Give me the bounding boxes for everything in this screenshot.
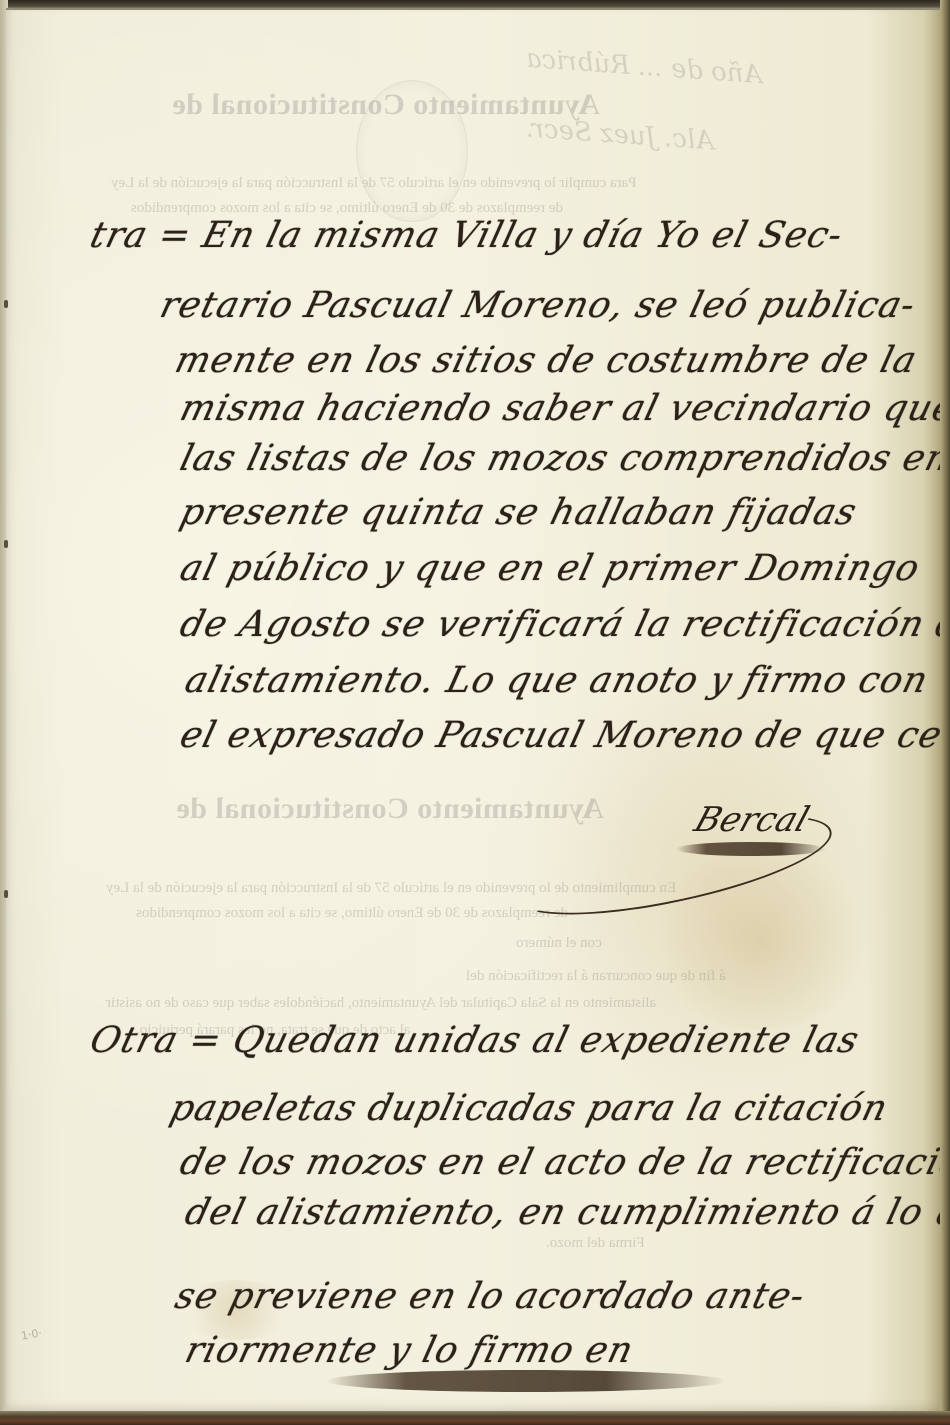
- handwritten-line: el expresado Pascual Moreno de que certi…: [176, 715, 950, 756]
- bleed-through-text: alistamiento en la Sala Capitular del Ay…: [106, 995, 656, 1012]
- margin-mark: [4, 890, 8, 898]
- signature-ink-stroke: [676, 842, 826, 856]
- handwritten-line: al público y que en el primer Domingo: [176, 548, 924, 589]
- margin-mark: [4, 540, 8, 548]
- handwritten-line: alistamiento. Lo que anoto y firmo con: [181, 660, 933, 701]
- handwritten-line: de los mozos en el acto de la rectificac…: [176, 1142, 950, 1183]
- bleed-through-text: con el número: [516, 935, 602, 952]
- handwritten-line: del alistamiento, en cumplimiento á lo q…: [181, 1192, 950, 1233]
- manuscript-page: Año de ... Rúbrica Alc. Juez Secr. Ayunt…: [6, 8, 942, 1415]
- handwritten-line: de Agosto se verificará la rectificación…: [176, 604, 950, 645]
- handwritten-line: mente en los sitios de costumbre de la: [171, 340, 921, 381]
- bleed-through-text: de reemplazos de 30 de Enero último, se …: [136, 905, 568, 922]
- bleed-through-heading: Ayuntamiento Constitucional de: [176, 792, 604, 826]
- margin-mark: [4, 300, 8, 308]
- bleed-through-script: Año de ... Rúbrica: [525, 44, 763, 90]
- handwritten-line: riormente y lo firmo en: [181, 1330, 638, 1371]
- handwritten-line: retario Pascual Moreno, se leó publica-: [156, 285, 920, 326]
- scanned-page: Año de ... Rúbrica Alc. Juez Secr. Ayunt…: [0, 0, 950, 1425]
- embossed-seal: [356, 80, 468, 222]
- page-right-edge: [940, 0, 950, 1425]
- handwritten-line: misma haciendo saber al vecindario que: [176, 388, 950, 429]
- page-bottom-edge: [0, 1411, 950, 1425]
- bleed-through-script: Alc. Juez Secr.: [525, 113, 715, 156]
- closing-ink-flourish: [326, 1370, 726, 1392]
- handwritten-line: las listas de los mozos comprendidos en …: [176, 438, 950, 479]
- handwritten-line: presente quinta se hallaban fijadas: [176, 492, 861, 533]
- handwritten-line: se previene en lo acordado ante-: [171, 1276, 809, 1317]
- handwritten-line: Otra = Quedan unidas al expediente las: [86, 1020, 863, 1061]
- handwritten-line: papeletas duplicadas para la citación: [166, 1088, 892, 1129]
- bleed-through-text: Firma del mozo.: [546, 1235, 645, 1252]
- margin-pencil-note: 1·0·: [20, 1326, 43, 1342]
- handwritten-line: tra = En la misma Villa y día Yo el Sec-: [86, 215, 847, 256]
